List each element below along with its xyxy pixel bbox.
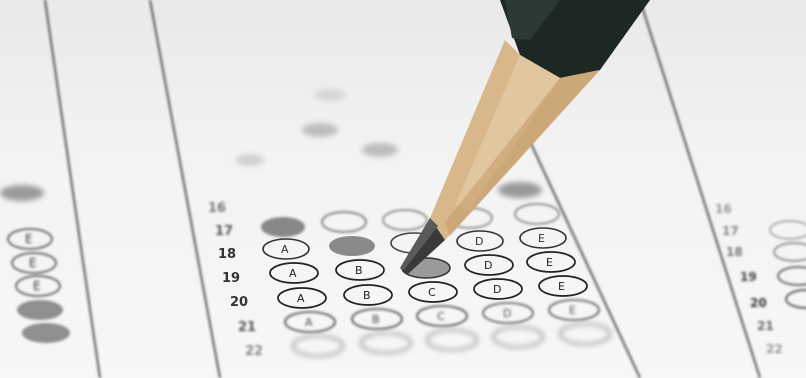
svg-text:22: 22 bbox=[245, 344, 263, 359]
svg-text:D: D bbox=[493, 283, 501, 296]
row-22 bbox=[293, 324, 610, 356]
svg-text:A: A bbox=[305, 316, 313, 329]
answer-sheet-photo: EEE 16 17 18 19 20 21 22 A D E A B D bbox=[0, 0, 806, 378]
svg-text:17: 17 bbox=[722, 224, 739, 238]
svg-text:19: 19 bbox=[222, 271, 240, 286]
svg-text:C: C bbox=[428, 286, 436, 299]
svg-text:B: B bbox=[363, 289, 371, 302]
answer-sheet: EEE 16 17 18 19 20 21 22 A D E A B D bbox=[0, 0, 806, 378]
svg-text:A: A bbox=[281, 243, 289, 256]
svg-text:C: C bbox=[437, 310, 445, 323]
svg-text:17: 17 bbox=[215, 224, 233, 239]
svg-text:E: E bbox=[29, 256, 37, 270]
column-dividers bbox=[45, 0, 760, 378]
svg-text:16: 16 bbox=[208, 201, 226, 216]
svg-text:18: 18 bbox=[726, 245, 743, 259]
left-column-letters: EEE bbox=[25, 232, 41, 293]
svg-text:B: B bbox=[355, 264, 363, 277]
right-column-bubbles bbox=[770, 221, 806, 308]
svg-text:16: 16 bbox=[715, 202, 732, 216]
svg-text:21: 21 bbox=[757, 319, 774, 333]
pencil bbox=[400, 0, 650, 274]
row-20: A B C D E bbox=[278, 276, 587, 308]
svg-text:18: 18 bbox=[218, 247, 236, 262]
center-question-numbers: 16 17 18 19 20 21 22 bbox=[208, 201, 263, 359]
svg-text:E: E bbox=[569, 304, 576, 317]
svg-text:B: B bbox=[372, 313, 380, 326]
svg-text:D: D bbox=[475, 235, 483, 248]
svg-text:20: 20 bbox=[750, 296, 767, 310]
svg-text:A: A bbox=[297, 292, 305, 305]
svg-text:E: E bbox=[25, 232, 33, 246]
svg-text:E: E bbox=[538, 232, 545, 245]
row-17 bbox=[261, 204, 559, 237]
svg-text:21: 21 bbox=[238, 320, 256, 335]
svg-text:19: 19 bbox=[740, 270, 757, 284]
svg-text:E: E bbox=[33, 279, 41, 293]
svg-text:A: A bbox=[289, 267, 297, 280]
svg-text:E: E bbox=[546, 256, 553, 269]
svg-text:20: 20 bbox=[230, 295, 248, 310]
svg-text:D: D bbox=[503, 307, 511, 320]
svg-text:22: 22 bbox=[766, 342, 783, 356]
svg-text:D: D bbox=[484, 259, 492, 272]
row-21: A B C D E bbox=[285, 300, 599, 332]
svg-text:E: E bbox=[558, 280, 565, 293]
